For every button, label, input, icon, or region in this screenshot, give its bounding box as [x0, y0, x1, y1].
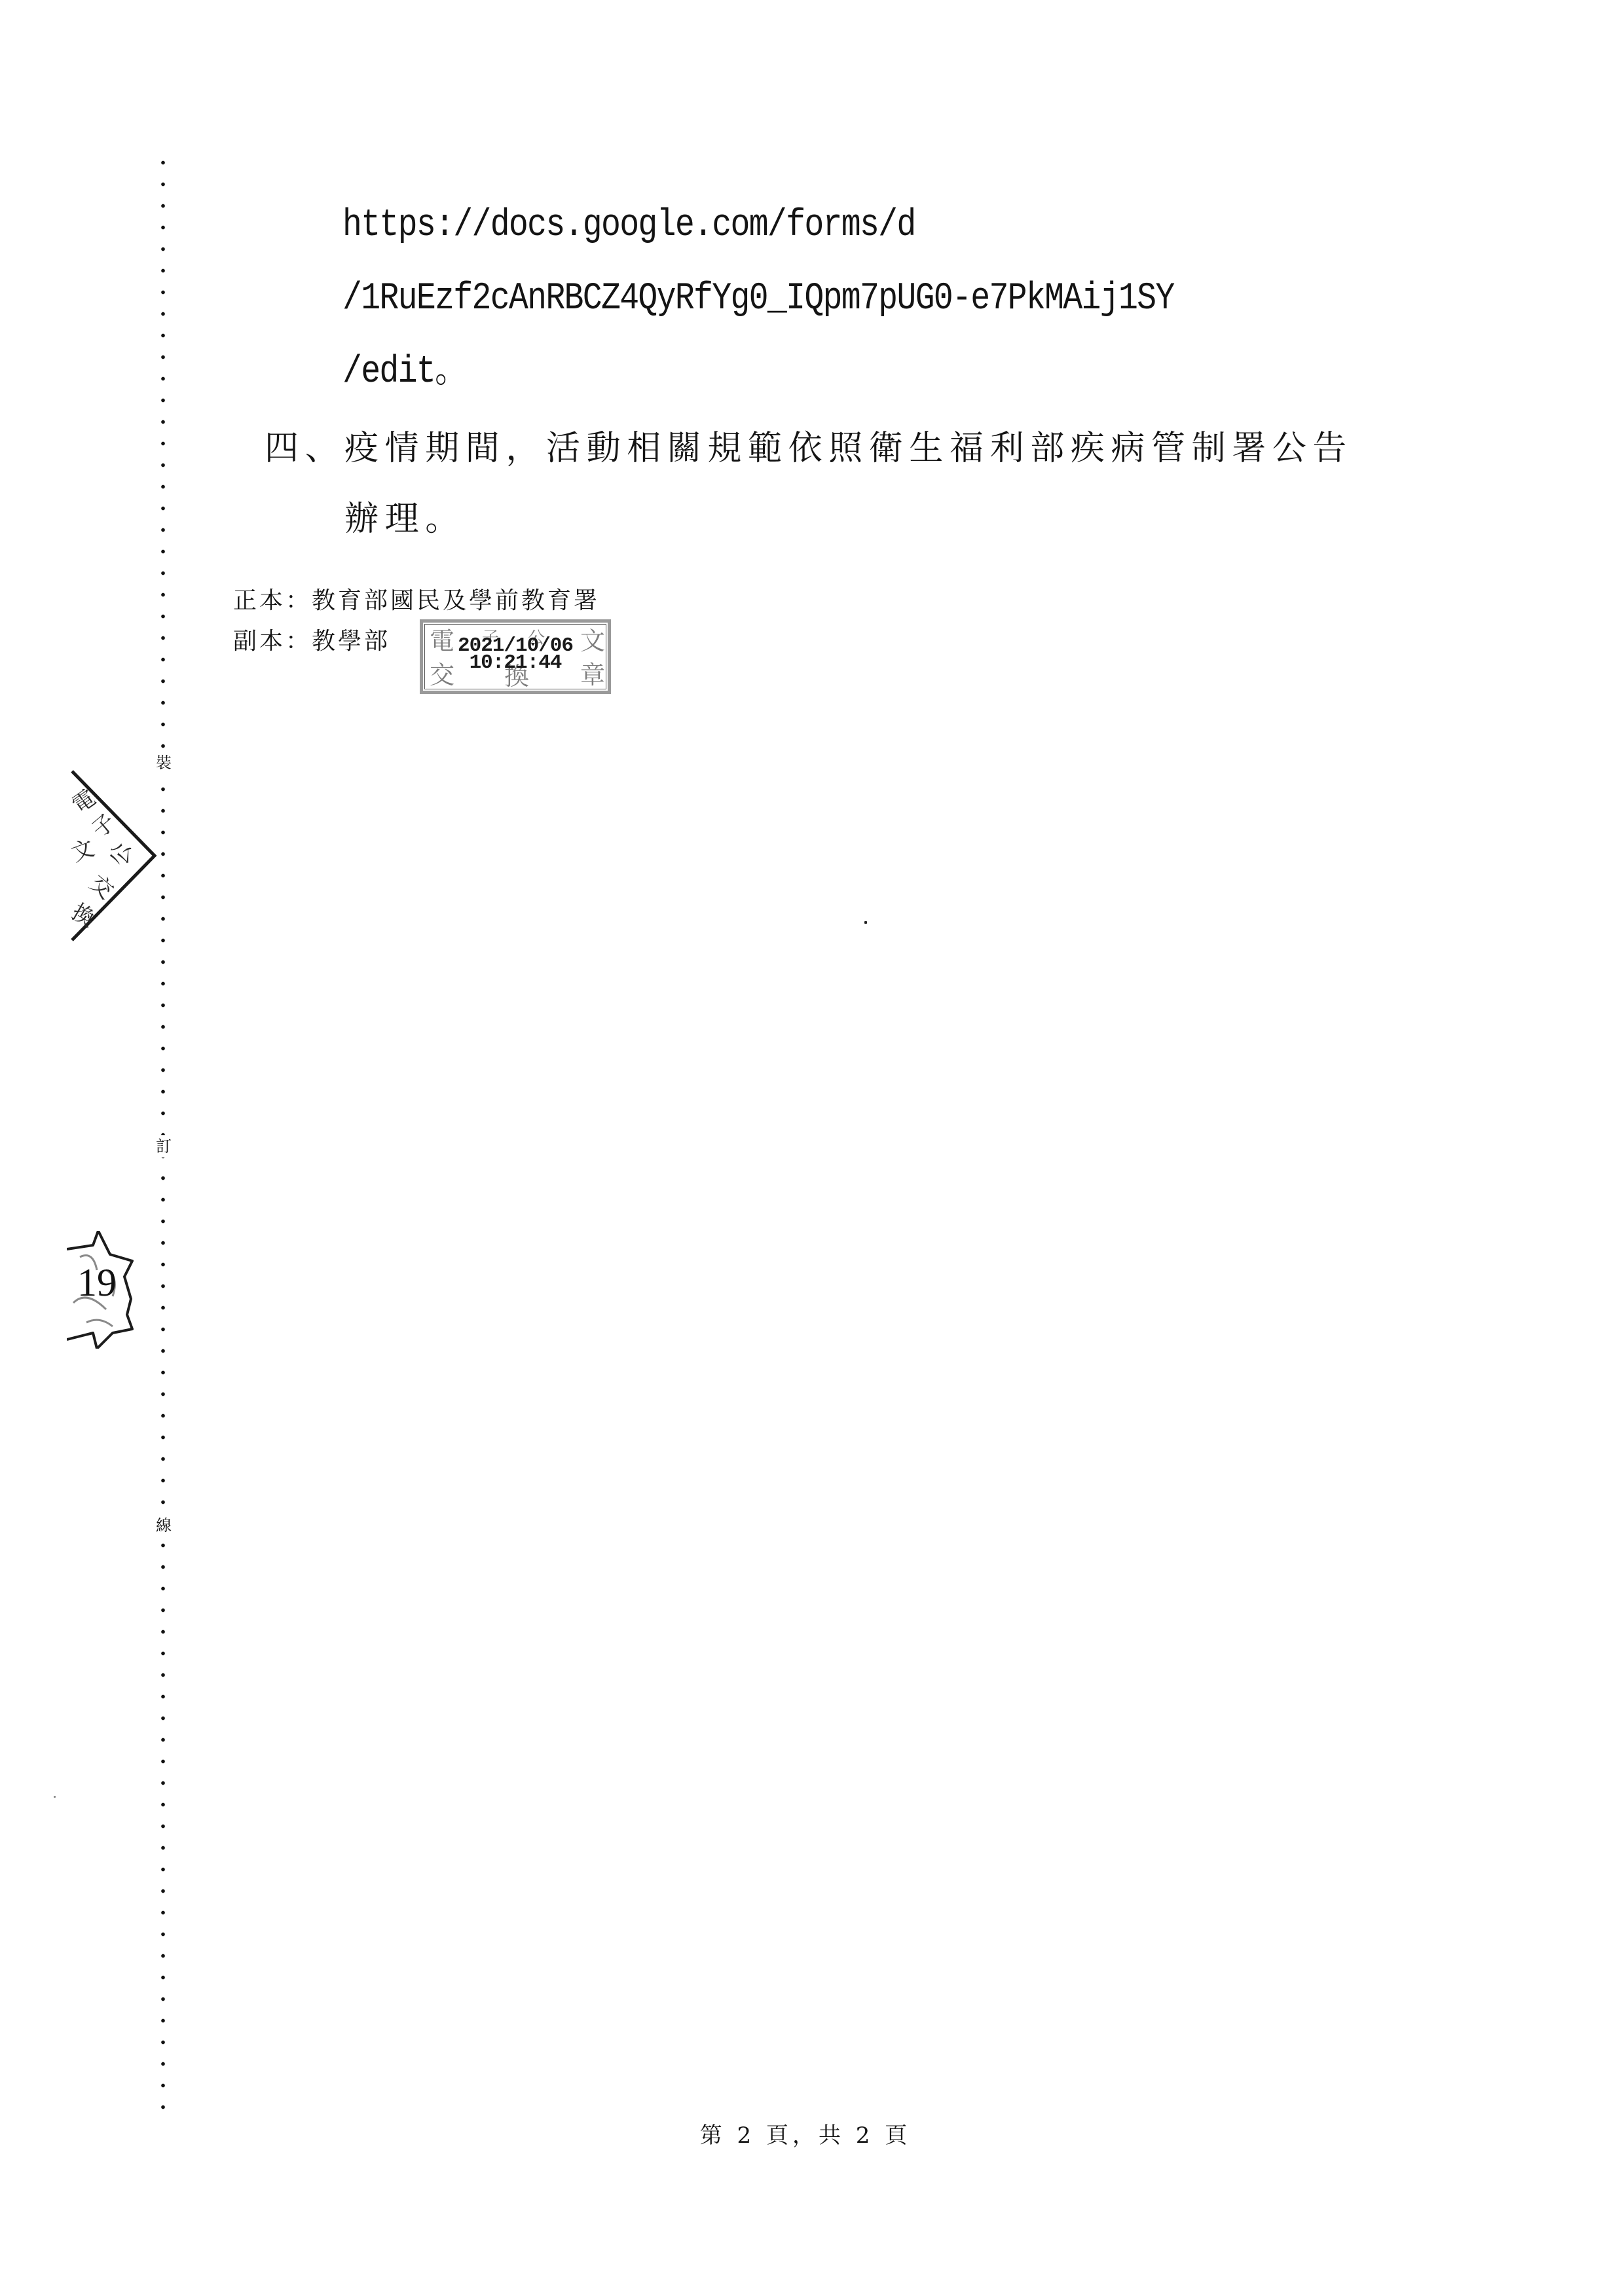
svg-text:文: 文: [71, 835, 98, 867]
page-seal-stamp: 19: [67, 1231, 145, 1349]
seal-number: 19: [77, 1260, 117, 1305]
binding-dotted-line: [161, 152, 165, 2116]
triangle-exchange-stamp-icon: 電 子 公 文 交 換: [71, 770, 160, 941]
item-four-text-line-1: 疫情期間，活動相關規範依照衛生福利部疾病管制署公告: [344, 426, 1353, 471]
copy-recipient: 教學部: [312, 628, 390, 655]
binding-label-xian: 線: [155, 1514, 173, 1537]
svg-text:電: 電: [71, 784, 101, 818]
stamp-time: 10:21:44: [423, 654, 608, 672]
form-url-line-1: https://docs.google.com/forms/d: [342, 203, 915, 249]
item-four-number: 四、: [265, 426, 345, 471]
scan-speck: [54, 1796, 56, 1798]
form-url-line-2: /1RuEzf2cAnRBCZ4QyRfYg0_IQpm7pUG0-e7PkMA…: [342, 276, 1174, 322]
page-indicator: 第 2 頁，共 2 頁: [694, 2121, 917, 2150]
svg-text:公: 公: [107, 841, 136, 867]
original-recipient: 教育部國民及學前教育署: [312, 587, 600, 614]
electronic-exchange-stamp: 電 子 公 文 交 換 章 2021/10/06 10:21:44: [420, 619, 611, 694]
original-recipient-line: 正本：教育部國民及學前教育署: [233, 587, 600, 615]
copy-label: 副本：: [233, 628, 312, 655]
original-label: 正本：: [233, 587, 312, 614]
form-url-line-3: /edit。: [342, 350, 466, 395]
scan-speck: [864, 921, 867, 924]
svg-text:換: 換: [71, 899, 100, 933]
item-four-text-line-2: 辦理。: [344, 496, 466, 542]
copy-recipient-line: 副本：教學部: [233, 627, 390, 656]
binding-label-ding: 訂: [155, 1135, 173, 1157]
